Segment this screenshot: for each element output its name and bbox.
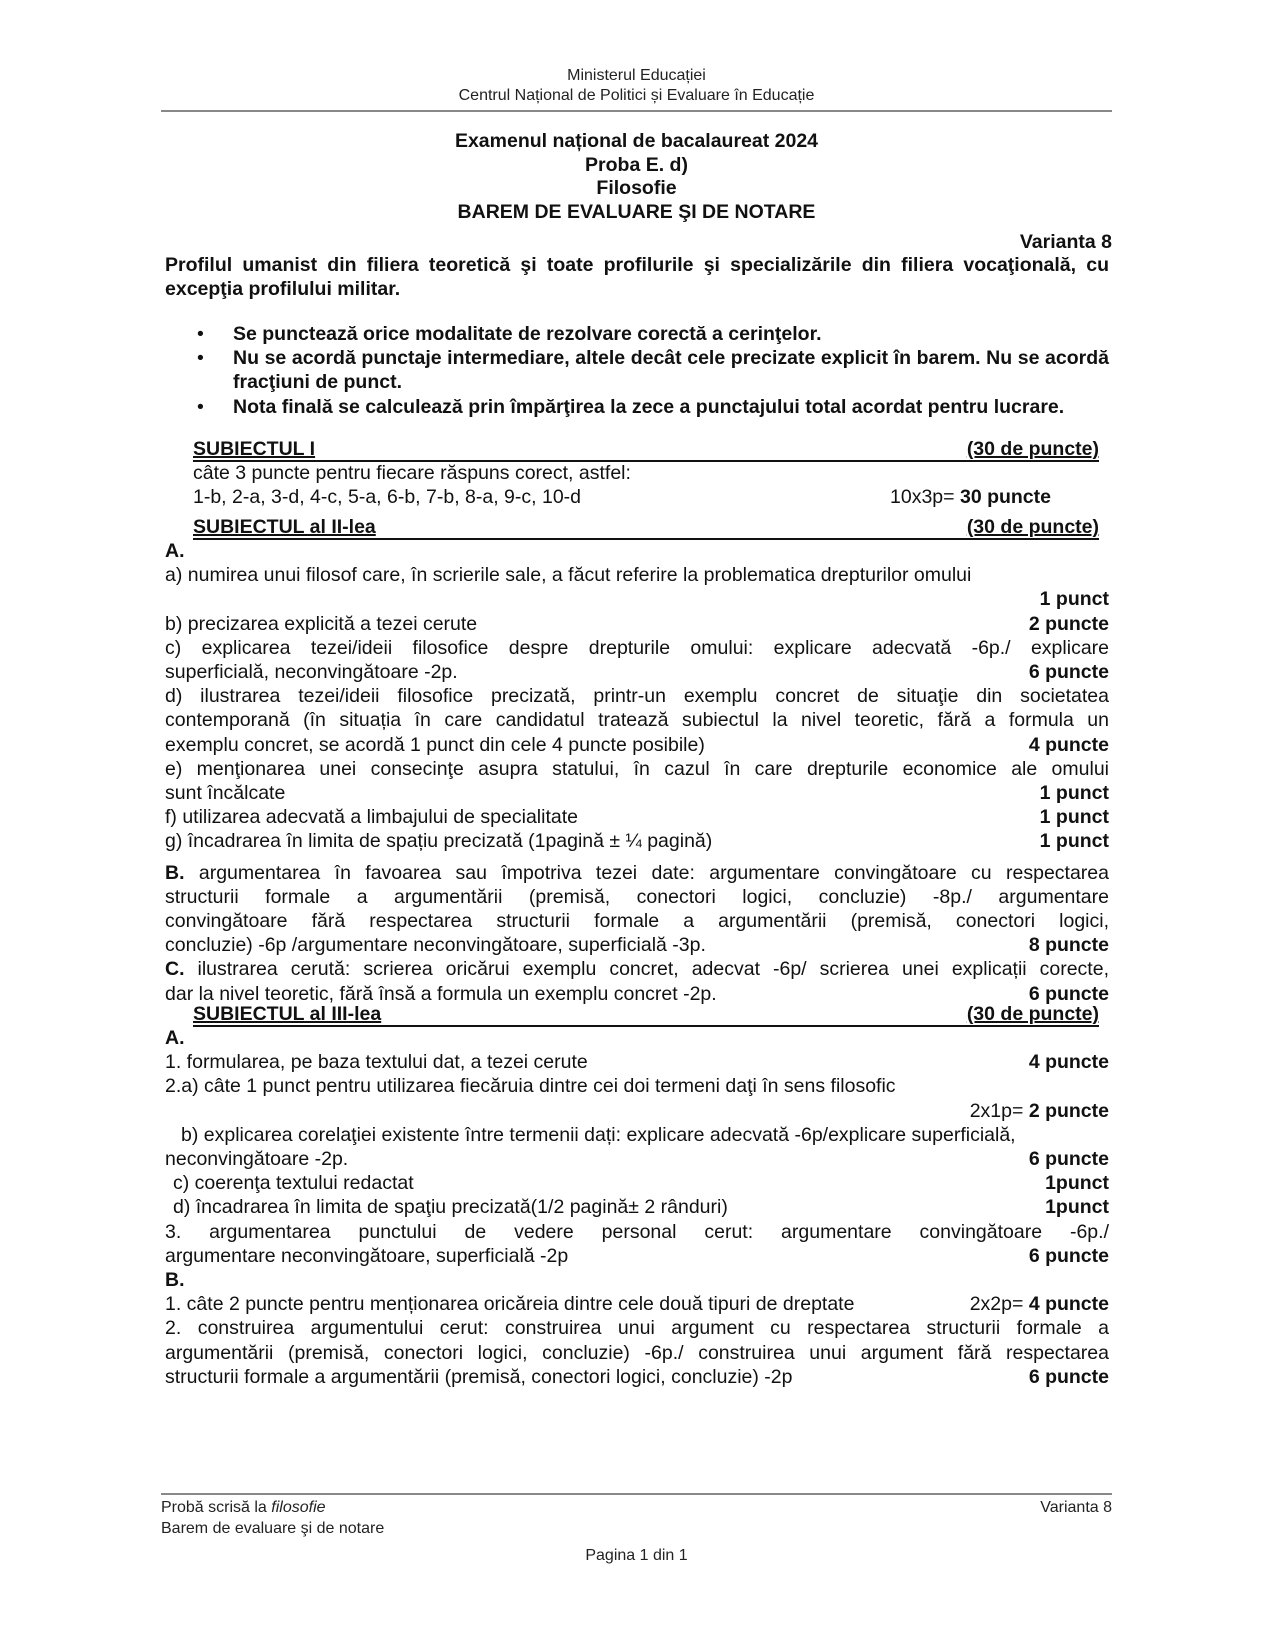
item-a-points: 1 punct — [165, 587, 1109, 611]
title-proba: Proba E. d) — [161, 154, 1112, 178]
section-title: SUBIECTUL I — [193, 438, 315, 460]
header-center: Centrul Național de Politici și Evaluare… — [161, 86, 1112, 105]
item-f-row: f) utilizarea adecvată a limbajului de s… — [165, 805, 1109, 829]
item-g-row: g) încadrarea în limita de spațiu preciz… — [165, 829, 1109, 853]
answer-key: 1-b, 2-a, 3-d, 4-c, 5-a, 6-b, 7-b, 8-a, … — [193, 485, 581, 509]
section-points: (30 de puncte) — [967, 438, 1099, 460]
item-2b-text: b) explicarea corelaţiei existente între… — [165, 1123, 1109, 1147]
item-1-row: 1. formularea, pe baza textului dat, a t… — [165, 1050, 1109, 1074]
part-b-row: concluzie) -6p /argumentare neconvingăto… — [165, 933, 1109, 957]
item-b2-row: structurii formale a argumentării (premi… — [165, 1365, 1109, 1389]
document-title: Examenul național de bacalaureat 2024 Pr… — [161, 130, 1112, 224]
item-2a-points: 2x1p= 2 puncte — [165, 1099, 1109, 1123]
item-c-text: c) explicarea tezei/ideii filosofice des… — [165, 636, 1109, 660]
footer-divider — [161, 1493, 1112, 1495]
section-title: SUBIECTUL al III-lea — [193, 1003, 381, 1025]
item-c-row: superficială, neconvingătoare -2p.6 punc… — [165, 660, 1109, 684]
title-barem: BAREM DE EVALUARE ŞI DE NOTARE — [161, 201, 1112, 225]
subiect-1-answers-row: 1-b, 2-a, 3-d, 4-c, 5-a, 6-b, 7-b, 8-a, … — [193, 485, 1051, 509]
item-e-row: sunt încălcate1 punct — [165, 781, 1109, 805]
item-b1-row: 1. câte 2 puncte pentru menționarea oric… — [165, 1292, 1109, 1316]
section-title: SUBIECTUL al II-lea — [193, 516, 376, 538]
item-a-text: a) numirea unui filosof care, în scrieri… — [165, 563, 1109, 587]
item-d-text: contemporană (în situația în care candid… — [165, 708, 1109, 732]
footer-doc-type: Barem de evaluare şi de notare — [161, 1518, 1112, 1539]
item-b2-text: argumentării (premisă, conectori logici,… — [165, 1341, 1109, 1365]
profile-note: Profilul umanist din filiera teoretică ş… — [165, 253, 1109, 301]
section-points: (30 de puncte) — [967, 516, 1099, 538]
item-2b-row: neconvingătoare -2p.6 puncte — [165, 1147, 1109, 1171]
variant-label: Varianta 8 — [1020, 231, 1112, 254]
item-2c-row: c) coerenţa textului redactat1punct — [165, 1171, 1109, 1195]
part-a-label: A. — [165, 539, 1109, 563]
rule-item: Nota finală se calculează prin împărţire… — [233, 395, 1109, 419]
subiect-2-body: A. a) numirea unui filosof care, în scri… — [165, 539, 1109, 1006]
title-subject: Filosofie — [161, 177, 1112, 201]
item-d-text: d) ilustrarea tezei/ideii filosofice pre… — [165, 684, 1109, 708]
item-3-text: 3. argumentarea punctului de vedere pers… — [165, 1220, 1109, 1244]
item-d-row: exemplu concret, se acordă 1 punct din c… — [165, 733, 1109, 757]
header-ministry: Ministerul Educației — [161, 66, 1112, 85]
subiect-1-body: câte 3 puncte pentru fiecare răspuns cor… — [193, 461, 1051, 509]
document-page: Ministerul Educației Centrul Național de… — [0, 0, 1275, 1650]
item-e-text: e) menţionarea unei consecinţe asupra st… — [165, 757, 1109, 781]
subiect-3-body: A. 1. formularea, pe baza textului dat, … — [165, 1026, 1109, 1389]
header-divider — [161, 110, 1112, 112]
item-b2-text: 2. construirea argumentului cerut: const… — [165, 1316, 1109, 1340]
part-a-label: A. — [165, 1026, 1109, 1050]
item-3-row: argumentare neconvingătoare, superficial… — [165, 1244, 1109, 1268]
section-heading-subiect-2: SUBIECTUL al II-lea (30 de puncte) — [193, 516, 1099, 540]
rule-item: Nu se acordă punctaje intermediare, alte… — [233, 346, 1109, 394]
section-points: (30 de puncte) — [967, 1003, 1099, 1025]
part-b-text: B. argumentarea în favoarea sau împotriv… — [165, 861, 1109, 885]
part-b-text: structurii formale a argumentării (premi… — [165, 885, 1109, 909]
general-rules: Se punctează orice modalitate de rezolva… — [165, 322, 1109, 419]
section-heading-subiect-3: SUBIECTUL al III-lea (30 de puncte) — [193, 1003, 1099, 1027]
part-c-text: C. ilustrarea cerută: scrierea oricărui … — [165, 957, 1109, 981]
page-number: Pagina 1 din 1 — [161, 1545, 1112, 1566]
rule-item: Se punctează orice modalitate de rezolva… — [233, 322, 1109, 346]
footer-variant: Varianta 8 — [1040, 1497, 1112, 1518]
footer: Probă scrisă la filosofie Varianta 8 Bar… — [161, 1497, 1112, 1539]
part-b-label: B. — [165, 1268, 1109, 1292]
part-b-text: convingătoare fără respectarea structuri… — [165, 909, 1109, 933]
title-exam: Examenul național de bacalaureat 2024 — [161, 130, 1112, 154]
subiect-1-intro: câte 3 puncte pentru fiecare răspuns cor… — [193, 461, 1051, 485]
score-total: 10x3p= 30 puncte — [890, 485, 1051, 509]
section-heading-subiect-1: SUBIECTUL I (30 de puncte) — [193, 438, 1099, 462]
item-2d-row: d) încadrarea în limita de spaţiu preciz… — [165, 1195, 1109, 1219]
footer-exam-label: Probă scrisă la filosofie — [161, 1497, 326, 1518]
item-b-row: b) precizarea explicită a tezei cerute2 … — [165, 612, 1109, 636]
item-2a-text: 2.a) câte 1 punct pentru utilizarea fiec… — [165, 1074, 1109, 1098]
